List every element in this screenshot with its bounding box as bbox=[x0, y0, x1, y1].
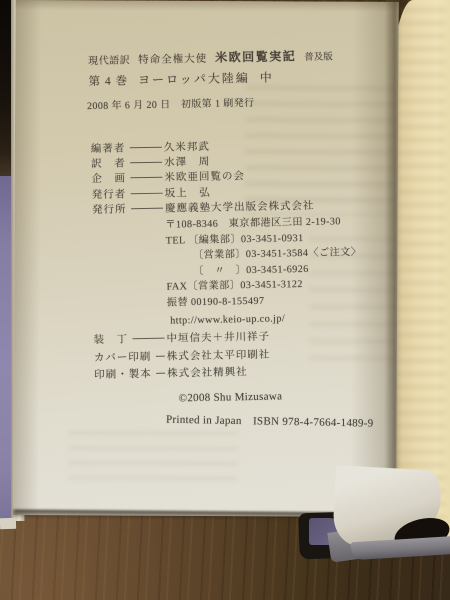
credit-label: 編著者 bbox=[91, 140, 126, 156]
title-line: 現代語訳 特命全権大使 米欧回覧実記 普及版 bbox=[88, 46, 333, 68]
production-block: 装 丁 中垣信夫＋井川祥子 カバー印刷 株式会社太平印刷社 印刷・製本 株式会社… bbox=[93, 328, 270, 384]
credit-label: 発行所 bbox=[92, 201, 127, 217]
leader-line bbox=[131, 208, 164, 210]
printed-isbn-line: Printed in Japan ISBN 978-4-7664-1489-9 bbox=[166, 411, 374, 431]
copyright-line: ©2008 Shu Mizusawa bbox=[179, 390, 283, 404]
production-row: 印刷・製本 株式会社精興社 bbox=[94, 362, 271, 383]
production-value: 株式会社太平印刷社 bbox=[167, 346, 271, 363]
issue-date-line: 2008 年 6 月 20 日 初版第 1 刷発行 bbox=[87, 94, 255, 112]
leader-line bbox=[130, 192, 163, 194]
credit-label: 発行者 bbox=[92, 186, 127, 202]
leader-line bbox=[156, 373, 166, 374]
credit-label: 企 画 bbox=[91, 171, 126, 187]
title-edition: 普及版 bbox=[304, 48, 333, 63]
volume-number: 第 4 巻 bbox=[88, 72, 128, 89]
credit-value: 久米邦武 bbox=[164, 139, 210, 155]
production-value: 中垣信夫＋井川祥子 bbox=[166, 329, 270, 346]
book-photo: 現代語訳 特命全権大使 米欧回覧実記 普及版 第 4 巻 ヨーロッパ大陸編 中 … bbox=[0, 0, 450, 600]
leader-line bbox=[155, 355, 165, 356]
book-title-block: 現代語訳 特命全権大使 米欧回覧実記 普及版 第 4 巻 ヨーロッパ大陸編 中 bbox=[88, 46, 333, 89]
credits-block: 編著者 久米邦武 訳 者 水澤 周 企 画 米欧亜回覧の会 発行者 坂上 弘 発… bbox=[91, 137, 315, 217]
credit-value: 坂上 弘 bbox=[165, 184, 211, 200]
title-main: 米欧回覧実記 bbox=[215, 47, 296, 66]
publisher-details-block: 〒108-8346 東京都港区三田 2-19-30 TEL 〔編集部〕03-34… bbox=[92, 212, 363, 331]
credit-value: 米欧亜回覧の会 bbox=[164, 169, 245, 186]
production-label: カバー印刷 bbox=[94, 349, 152, 365]
leader-line bbox=[132, 338, 165, 340]
leader-line bbox=[129, 147, 162, 149]
volume-title: ヨーロッパ大陸編 bbox=[138, 69, 250, 88]
credit-value: 水澤 周 bbox=[164, 154, 210, 170]
volume-part: 中 bbox=[260, 69, 272, 86]
leader-line bbox=[130, 177, 163, 179]
page-corner-sliver bbox=[0, 518, 16, 530]
production-label: 装 丁 bbox=[93, 332, 128, 348]
production-value: 株式会社精興社 bbox=[167, 364, 248, 381]
production-label: 印刷・製本 bbox=[94, 366, 152, 382]
publisher-url: http://www.keio-up.co.jp/ bbox=[94, 310, 363, 331]
volume-line: 第 4 巻 ヨーロッパ大陸編 中 bbox=[88, 67, 333, 89]
leader-line bbox=[130, 162, 163, 164]
title-prefix: 現代語訳 bbox=[88, 51, 130, 67]
title-subtitle: 特命全権大使 bbox=[138, 51, 207, 67]
credit-label: 訳 者 bbox=[91, 156, 126, 172]
